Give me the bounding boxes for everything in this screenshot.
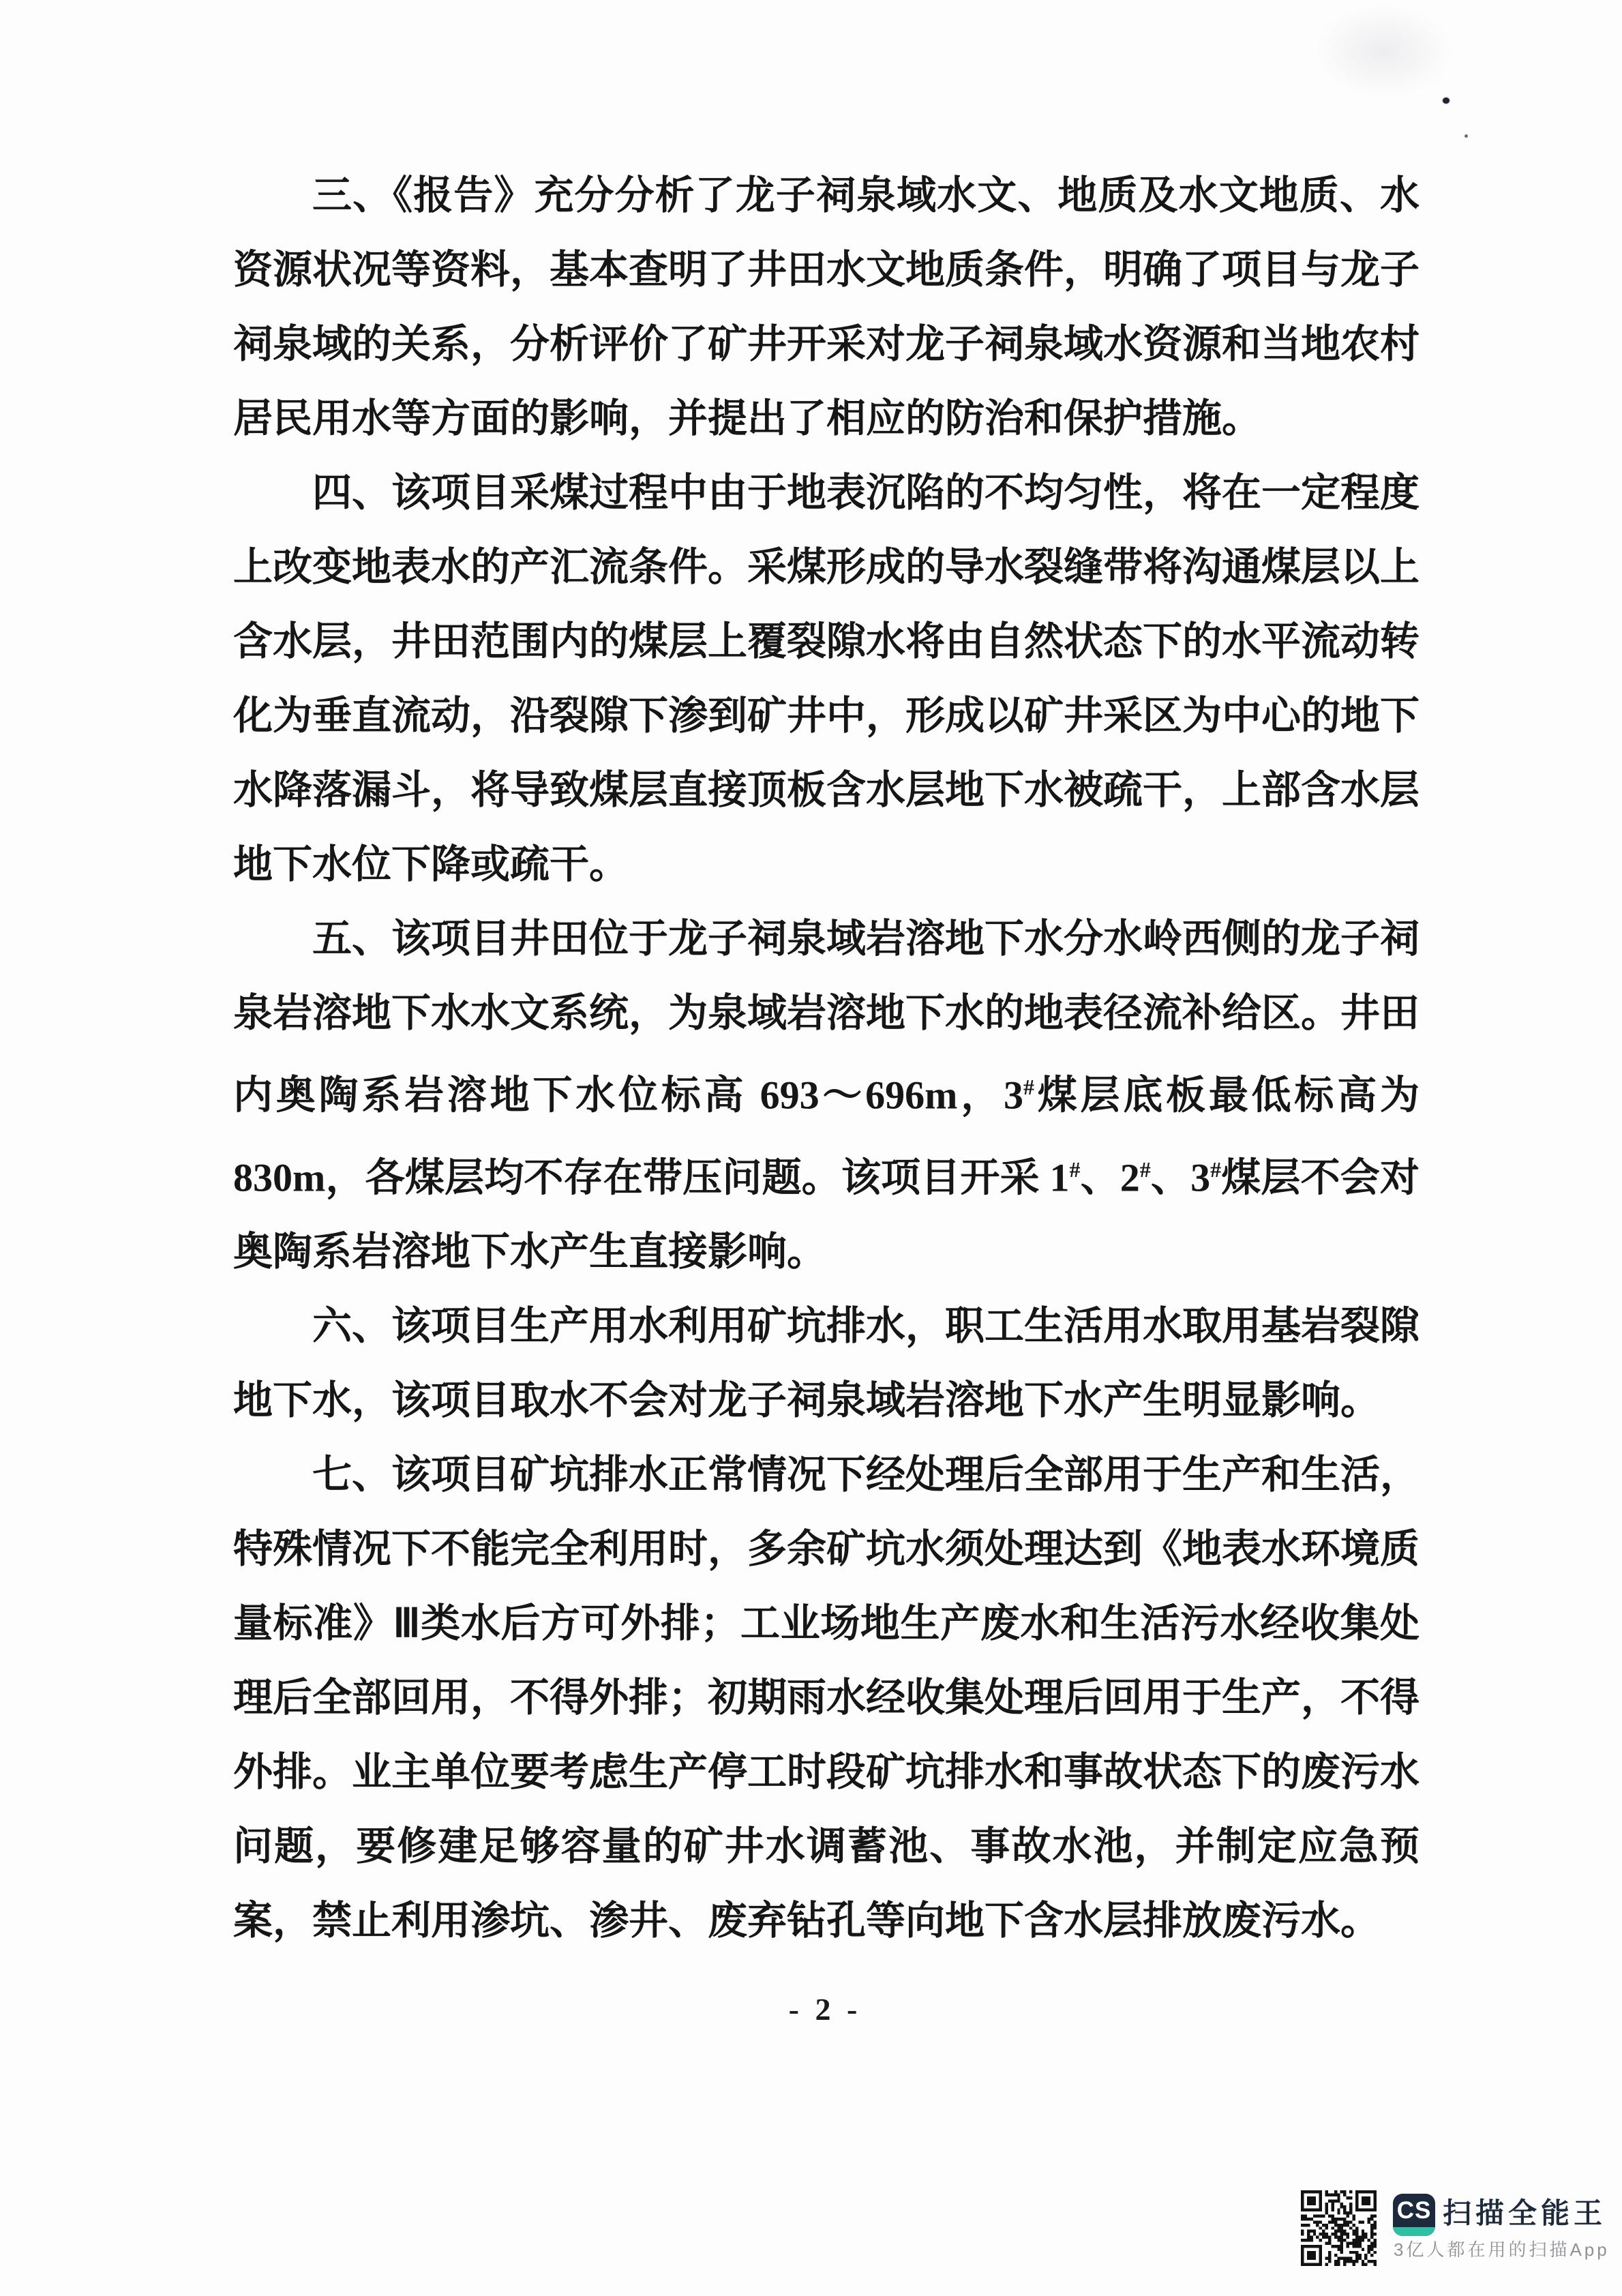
- paragraph: 七、该项目矿坑排水正常情况下经处理后全部用于生产和生活，特殊情况下不能完全利用时…: [233, 1437, 1420, 1958]
- camscanner-tagline: 3亿人都在用的扫描App: [1394, 2238, 1610, 2261]
- paragraph: 三、《报告》充分分析了龙子祠泉域水文、地质及水文地质、水资源状况等资料，基本查明…: [233, 158, 1420, 456]
- camscanner-app-icon-strip: [1393, 2227, 1435, 2236]
- paragraph: 六、该项目生产用水利用矿坑排水，职工生活用水取用基岩裂隙地下水，该项目取水不会对…: [233, 1289, 1420, 1437]
- scan-artifact-dot: [1443, 98, 1450, 104]
- paragraph: 四、该项目采煤过程中由于地表沉陷的不均匀性，将在一定程度上改变地表水的产汇流条件…: [233, 456, 1420, 901]
- camscanner-app-icon: CS: [1393, 2194, 1435, 2236]
- camscanner-watermark: CS 扫描全能王 3亿人都在用的扫描App: [1301, 2190, 1601, 2276]
- camscanner-app-name: 扫描全能王: [1443, 2194, 1606, 2233]
- document-page: 三、《报告》充分分析了龙子祠泉域水文、地质及水文地质、水资源状况等资料，基本查明…: [0, 0, 1622, 2296]
- qr-code-icon: [1301, 2190, 1377, 2266]
- document-body: 三、《报告》充分分析了龙子祠泉域水文、地质及水文地质、水资源状况等资料，基本查明…: [233, 158, 1420, 1958]
- camscanner-app-icon-letters: CS: [1393, 2194, 1435, 2228]
- page-number: - 2 -: [743, 1991, 907, 2027]
- paragraph: 五、该项目井田位于龙子祠泉域岩溶地下水分水岭西侧的龙子祠泉岩溶地下水水文系统，为…: [233, 901, 1420, 1289]
- scan-smudge: [1289, 0, 1480, 116]
- scan-artifact-dot: [1465, 134, 1468, 138]
